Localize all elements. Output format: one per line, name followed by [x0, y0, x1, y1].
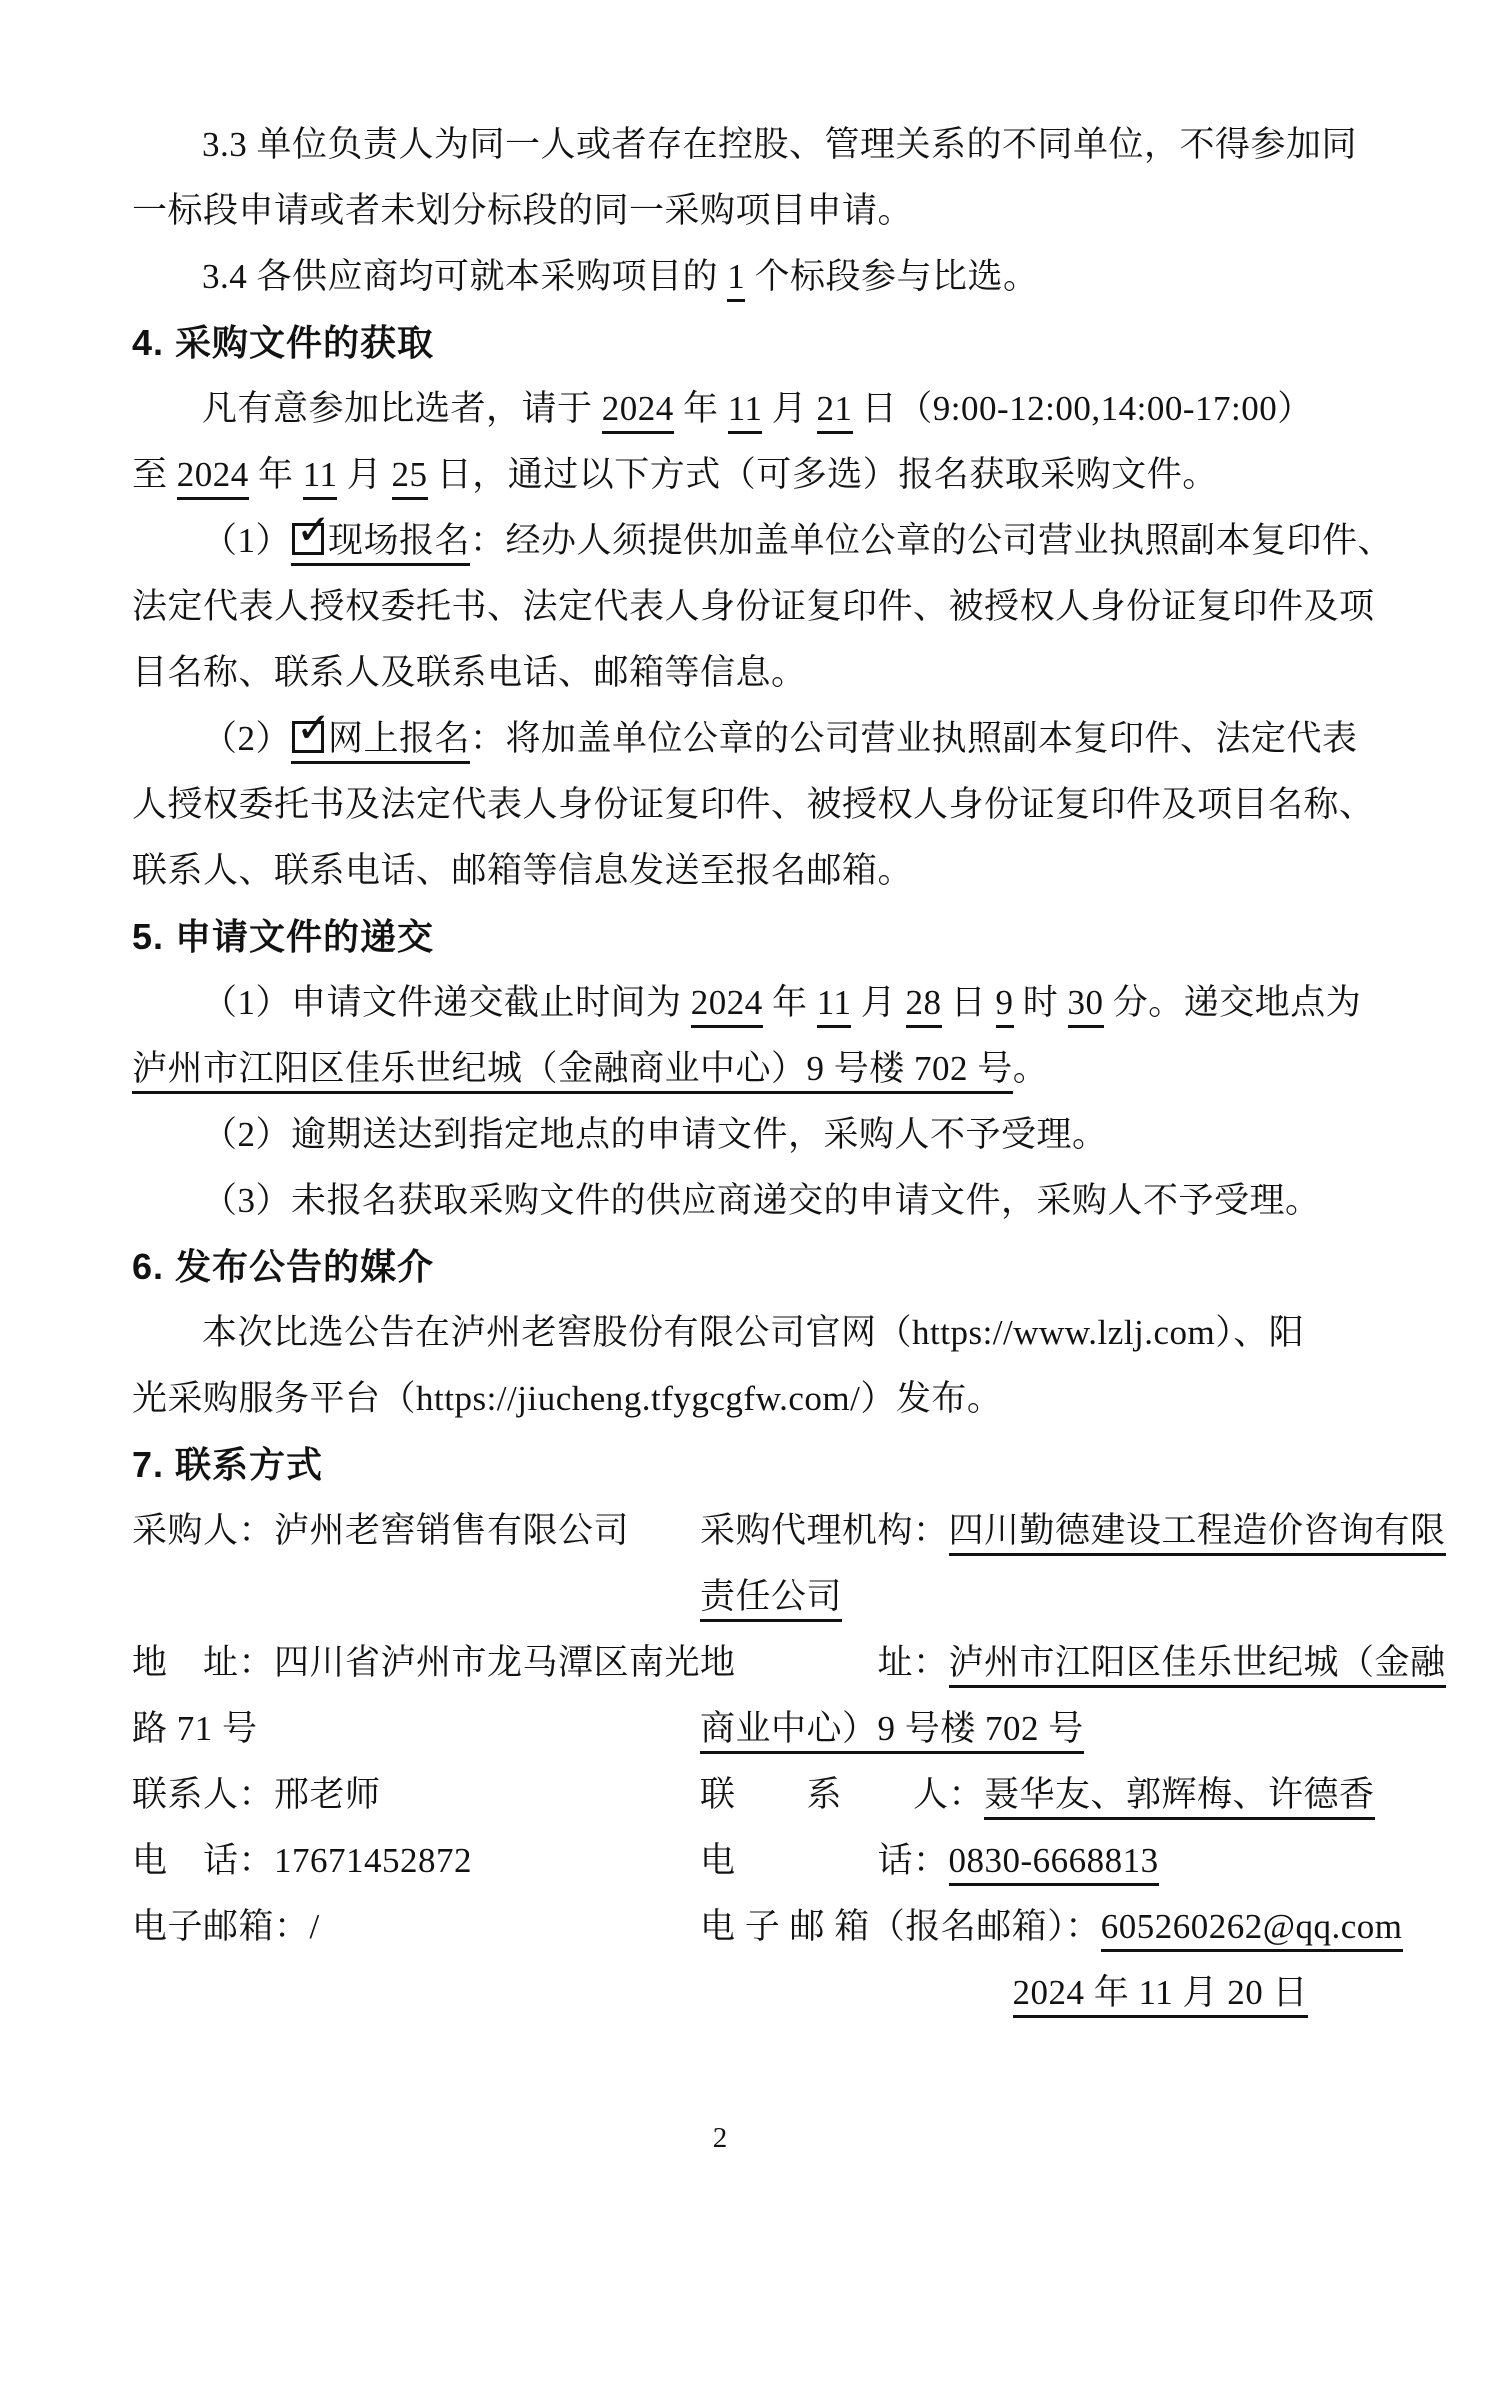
text-run: 目名称、联系人及联系电话、邮箱等信息。 — [132, 653, 807, 692]
text-line: 泸州市江阳区佳乐世纪城（金融商业中心）9 号楼 702 号。 — [132, 1036, 1500, 1102]
underlined-text-run: 11 — [728, 389, 763, 434]
text-run: 3.3 单位负责人为同一人或者存在控股、管理关系的不同单位，不得参加同 — [202, 125, 1357, 164]
text-run: 联 系 人： — [700, 1775, 984, 1814]
underlined-text-run: 责任公司 — [700, 1577, 842, 1622]
underlined-text-run: 1 — [727, 257, 745, 302]
underlined-text-run: 11 — [817, 983, 852, 1028]
text-run: 年 — [763, 983, 817, 1022]
text-run: （2）逾期送达到指定地点的申请文件，采购人不予受理。 — [202, 1115, 1108, 1154]
document-page: 3.3 单位负责人为同一人或者存在控股、管理关系的不同单位，不得参加同一标段申请… — [0, 0, 1500, 2401]
page-number: 2 — [0, 2122, 1440, 2155]
text-run: 地 址： — [700, 1643, 949, 1682]
text-run: 5. 申请文件的递交 — [132, 916, 434, 957]
text-line: 法定代表人授权委托书、法定代表人身份证复印件、被授权人身份证复印件及项 — [132, 574, 1500, 640]
text-run: 电 话： — [700, 1841, 949, 1880]
text-line: 凡有意参加比选者，请于 2024 年 11 月 21 日（9:00-12:00,… — [132, 376, 1500, 442]
announcement-date-text: 2024 年 11 月 20 日 — [1013, 1973, 1308, 2018]
underlined-text-run: 2024 — [602, 389, 674, 434]
section-heading: 5. 申请文件的递交 — [132, 904, 1500, 970]
contact-line: 地 址：泸州市江阳区佳乐世纪城（金融 — [700, 1630, 1500, 1696]
underlined-text-run: 泸州市江阳区佳乐世纪城（金融商业中心）9 号楼 702 号 — [132, 1049, 1013, 1094]
text-run: 联系人、联系电话、邮箱等信息发送至报名邮箱。 — [132, 851, 913, 890]
underlined-text-run: 28 — [906, 983, 942, 1028]
underlined-text-run: 2024 — [177, 455, 249, 500]
text-run: 光采购服务平台（https://jiucheng.tfygcgfw.com/）发… — [132, 1379, 1002, 1418]
underlined-text-run: 四川勤德建设工程造价咨询有限 — [949, 1511, 1446, 1556]
text-run: 个标段参与比选。 — [745, 257, 1038, 296]
text-line: （3）未报名获取采购文件的供应商递交的申请文件，采购人不予受理。 — [132, 1168, 1500, 1234]
text-run: 时 — [1014, 983, 1068, 1022]
text-line: 光采购服务平台（https://jiucheng.tfygcgfw.com/）发… — [132, 1366, 1500, 1432]
text-line: （2）逾期送达到指定地点的申请文件，采购人不予受理。 — [132, 1102, 1500, 1168]
text-run: （3）未报名获取采购文件的供应商递交的申请文件，采购人不予受理。 — [202, 1181, 1321, 1220]
underlined-text-run: 11 — [303, 455, 338, 500]
text-run: （1） — [202, 521, 291, 560]
contact-line: 责任公司 — [700, 1564, 1500, 1630]
document-body: 3.3 单位负责人为同一人或者存在控股、管理关系的不同单位，不得参加同一标段申请… — [132, 112, 1500, 1498]
text-run: 凡有意参加比选者，请于 — [202, 389, 602, 428]
underlined-text-run: 商业中心）9 号楼 702 号 — [700, 1709, 1084, 1754]
text-line: 3.3 单位负责人为同一人或者存在控股、管理关系的不同单位，不得参加同 — [132, 112, 1500, 178]
text-line: （2）✓网上报名：将加盖单位公章的公司营业执照副本复印件、法定代表 — [132, 706, 1500, 772]
text-run: （2） — [202, 719, 291, 758]
text-run: 月 — [851, 983, 905, 1022]
underlined-text-run: 9 — [996, 983, 1014, 1028]
text-run: 年 — [674, 389, 728, 428]
contact-line — [132, 1564, 700, 1630]
contact-line: 采购代理机构：四川勤德建设工程造价咨询有限 — [700, 1498, 1500, 1564]
text-run: 3.4 各供应商均可就本采购项目的 — [202, 257, 727, 296]
text-run: 分。递交地点为 — [1104, 983, 1362, 1022]
contact-section: 采购人：泸州老窖销售有限公司地 址：四川省泸州市龙马潭区南光路 71 号联系人：… — [132, 1498, 1500, 1960]
text-run: 人授权委托书及法定代表人身份证复印件、被授权人身份证复印件及项目名称、 — [132, 785, 1375, 824]
contact-line: 联 系 人：聂华友、郭辉梅、许德香 — [700, 1762, 1500, 1828]
text-run: 6. 发布公告的媒介 — [132, 1246, 434, 1287]
text-run: 。 — [1013, 1049, 1049, 1088]
contact-line: 路 71 号 — [132, 1696, 700, 1762]
text-run: 联系人：邢老师 — [132, 1775, 381, 1814]
text-run: ：经办人须提供加盖单位公章的公司营业执照副本复印件、 — [470, 521, 1393, 560]
underlined-text-run: 21 — [817, 389, 853, 434]
text-line: 本次比选公告在泸州老窖股份有限公司官网（https://www.lzlj.com… — [132, 1300, 1500, 1366]
checked-checkbox-icon: ✓ — [292, 523, 324, 555]
contact-line: 地 址：四川省泸州市龙马潭区南光 — [132, 1630, 700, 1696]
text-run: 路 71 号 — [132, 1709, 258, 1748]
checkmark-glyph: ✓ — [296, 707, 332, 749]
contact-line: 电 话：0830-6668813 — [700, 1828, 1500, 1894]
section-heading: 4. 采购文件的获取 — [132, 310, 1500, 376]
text-run: 日，通过以下方式（可多选）报名获取采购文件。 — [428, 455, 1218, 494]
text-run: 日（9:00-12:00,14:00-17:00） — [853, 389, 1313, 428]
text-run: 地 址：四川省泸州市龙马潭区南光 — [132, 1643, 700, 1682]
text-run: 电 子 邮 箱（报名邮箱）： — [700, 1907, 1101, 1946]
contact-line: 电 子 邮 箱（报名邮箱）：605260262@qq.com — [700, 1894, 1500, 1960]
checked-checkbox-icon: ✓ — [292, 721, 324, 753]
announcement-date: 2024 年 11 月 20 日 — [132, 1960, 1500, 2026]
text-line: 联系人、联系电话、邮箱等信息发送至报名邮箱。 — [132, 838, 1500, 904]
contact-line: 电子邮箱：/ — [132, 1894, 700, 1960]
text-line: 3.4 各供应商均可就本采购项目的 1 个标段参与比选。 — [132, 244, 1500, 310]
text-run: 采购人：泸州老窖销售有限公司 — [132, 1511, 629, 1550]
text-run: 月 — [762, 389, 816, 428]
text-run: 年 — [249, 455, 303, 494]
text-run: 一标段申请或者未划分标段的同一采购项目申请。 — [132, 191, 913, 230]
section-heading: 6. 发布公告的媒介 — [132, 1234, 1500, 1300]
contact-line: 采购人：泸州老窖销售有限公司 — [132, 1498, 700, 1564]
contact-line: 商业中心）9 号楼 702 号 — [700, 1696, 1500, 1762]
underlined-text-run: ✓现场报名 — [291, 521, 470, 566]
text-run: 至 — [132, 455, 177, 494]
underlined-text-run: 2024 — [691, 983, 763, 1028]
contact-buyer-column: 采购人：泸州老窖销售有限公司地 址：四川省泸州市龙马潭区南光路 71 号联系人：… — [132, 1498, 700, 1960]
contact-agency-column: 采购代理机构：四川勤德建设工程造价咨询有限责任公司地 址：泸州市江阳区佳乐世纪城… — [700, 1498, 1500, 1960]
contact-line: 联系人：邢老师 — [132, 1762, 700, 1828]
text-line: 至 2024 年 11 月 25 日，通过以下方式（可多选）报名获取采购文件。 — [132, 442, 1500, 508]
text-run: 采购代理机构： — [700, 1511, 949, 1550]
contact-line: 电 话：17671452872 — [132, 1828, 700, 1894]
text-run: ：将加盖单位公章的公司营业执照副本复印件、法定代表 — [470, 719, 1358, 758]
text-run: 法定代表人授权委托书、法定代表人身份证复印件、被授权人身份证复印件及项 — [132, 587, 1375, 626]
text-line: （1）申请文件递交截止时间为 2024 年 11 月 28 日 9 时 30 分… — [132, 970, 1500, 1036]
text-line: 人授权委托书及法定代表人身份证复印件、被授权人身份证复印件及项目名称、 — [132, 772, 1500, 838]
text-run: 日 — [942, 983, 996, 1022]
text-run: 7. 联系方式 — [132, 1444, 323, 1485]
section-heading: 7. 联系方式 — [132, 1432, 1500, 1498]
underlined-text-run: 0830-6668813 — [949, 1841, 1159, 1886]
text-line: 一标段申请或者未划分标段的同一采购项目申请。 — [132, 178, 1500, 244]
text-line: 目名称、联系人及联系电话、邮箱等信息。 — [132, 640, 1500, 706]
text-run: 月 — [337, 455, 391, 494]
text-run: 电子邮箱：/ — [132, 1907, 320, 1946]
underlined-text-run: 30 — [1068, 983, 1104, 1028]
underlined-text-run: 605260262@qq.com — [1101, 1907, 1403, 1952]
text-line: （1）✓现场报名：经办人须提供加盖单位公章的公司营业执照副本复印件、 — [132, 508, 1500, 574]
text-run: 4. 采购文件的获取 — [132, 322, 434, 363]
underlined-text-run: 泸州市江阳区佳乐世纪城（金融 — [949, 1643, 1446, 1688]
text-run: 电 话：17671452872 — [132, 1841, 472, 1880]
underlined-text-run: ✓网上报名 — [291, 719, 470, 764]
checkmark-glyph: ✓ — [296, 509, 332, 551]
underlined-text-run: 25 — [392, 455, 428, 500]
underlined-text-run: 聂华友、郭辉梅、许德香 — [984, 1775, 1375, 1820]
text-run: （1）申请文件递交截止时间为 — [202, 983, 691, 1022]
text-run: 本次比选公告在泸州老窖股份有限公司官网（https://www.lzlj.com… — [202, 1313, 1304, 1352]
